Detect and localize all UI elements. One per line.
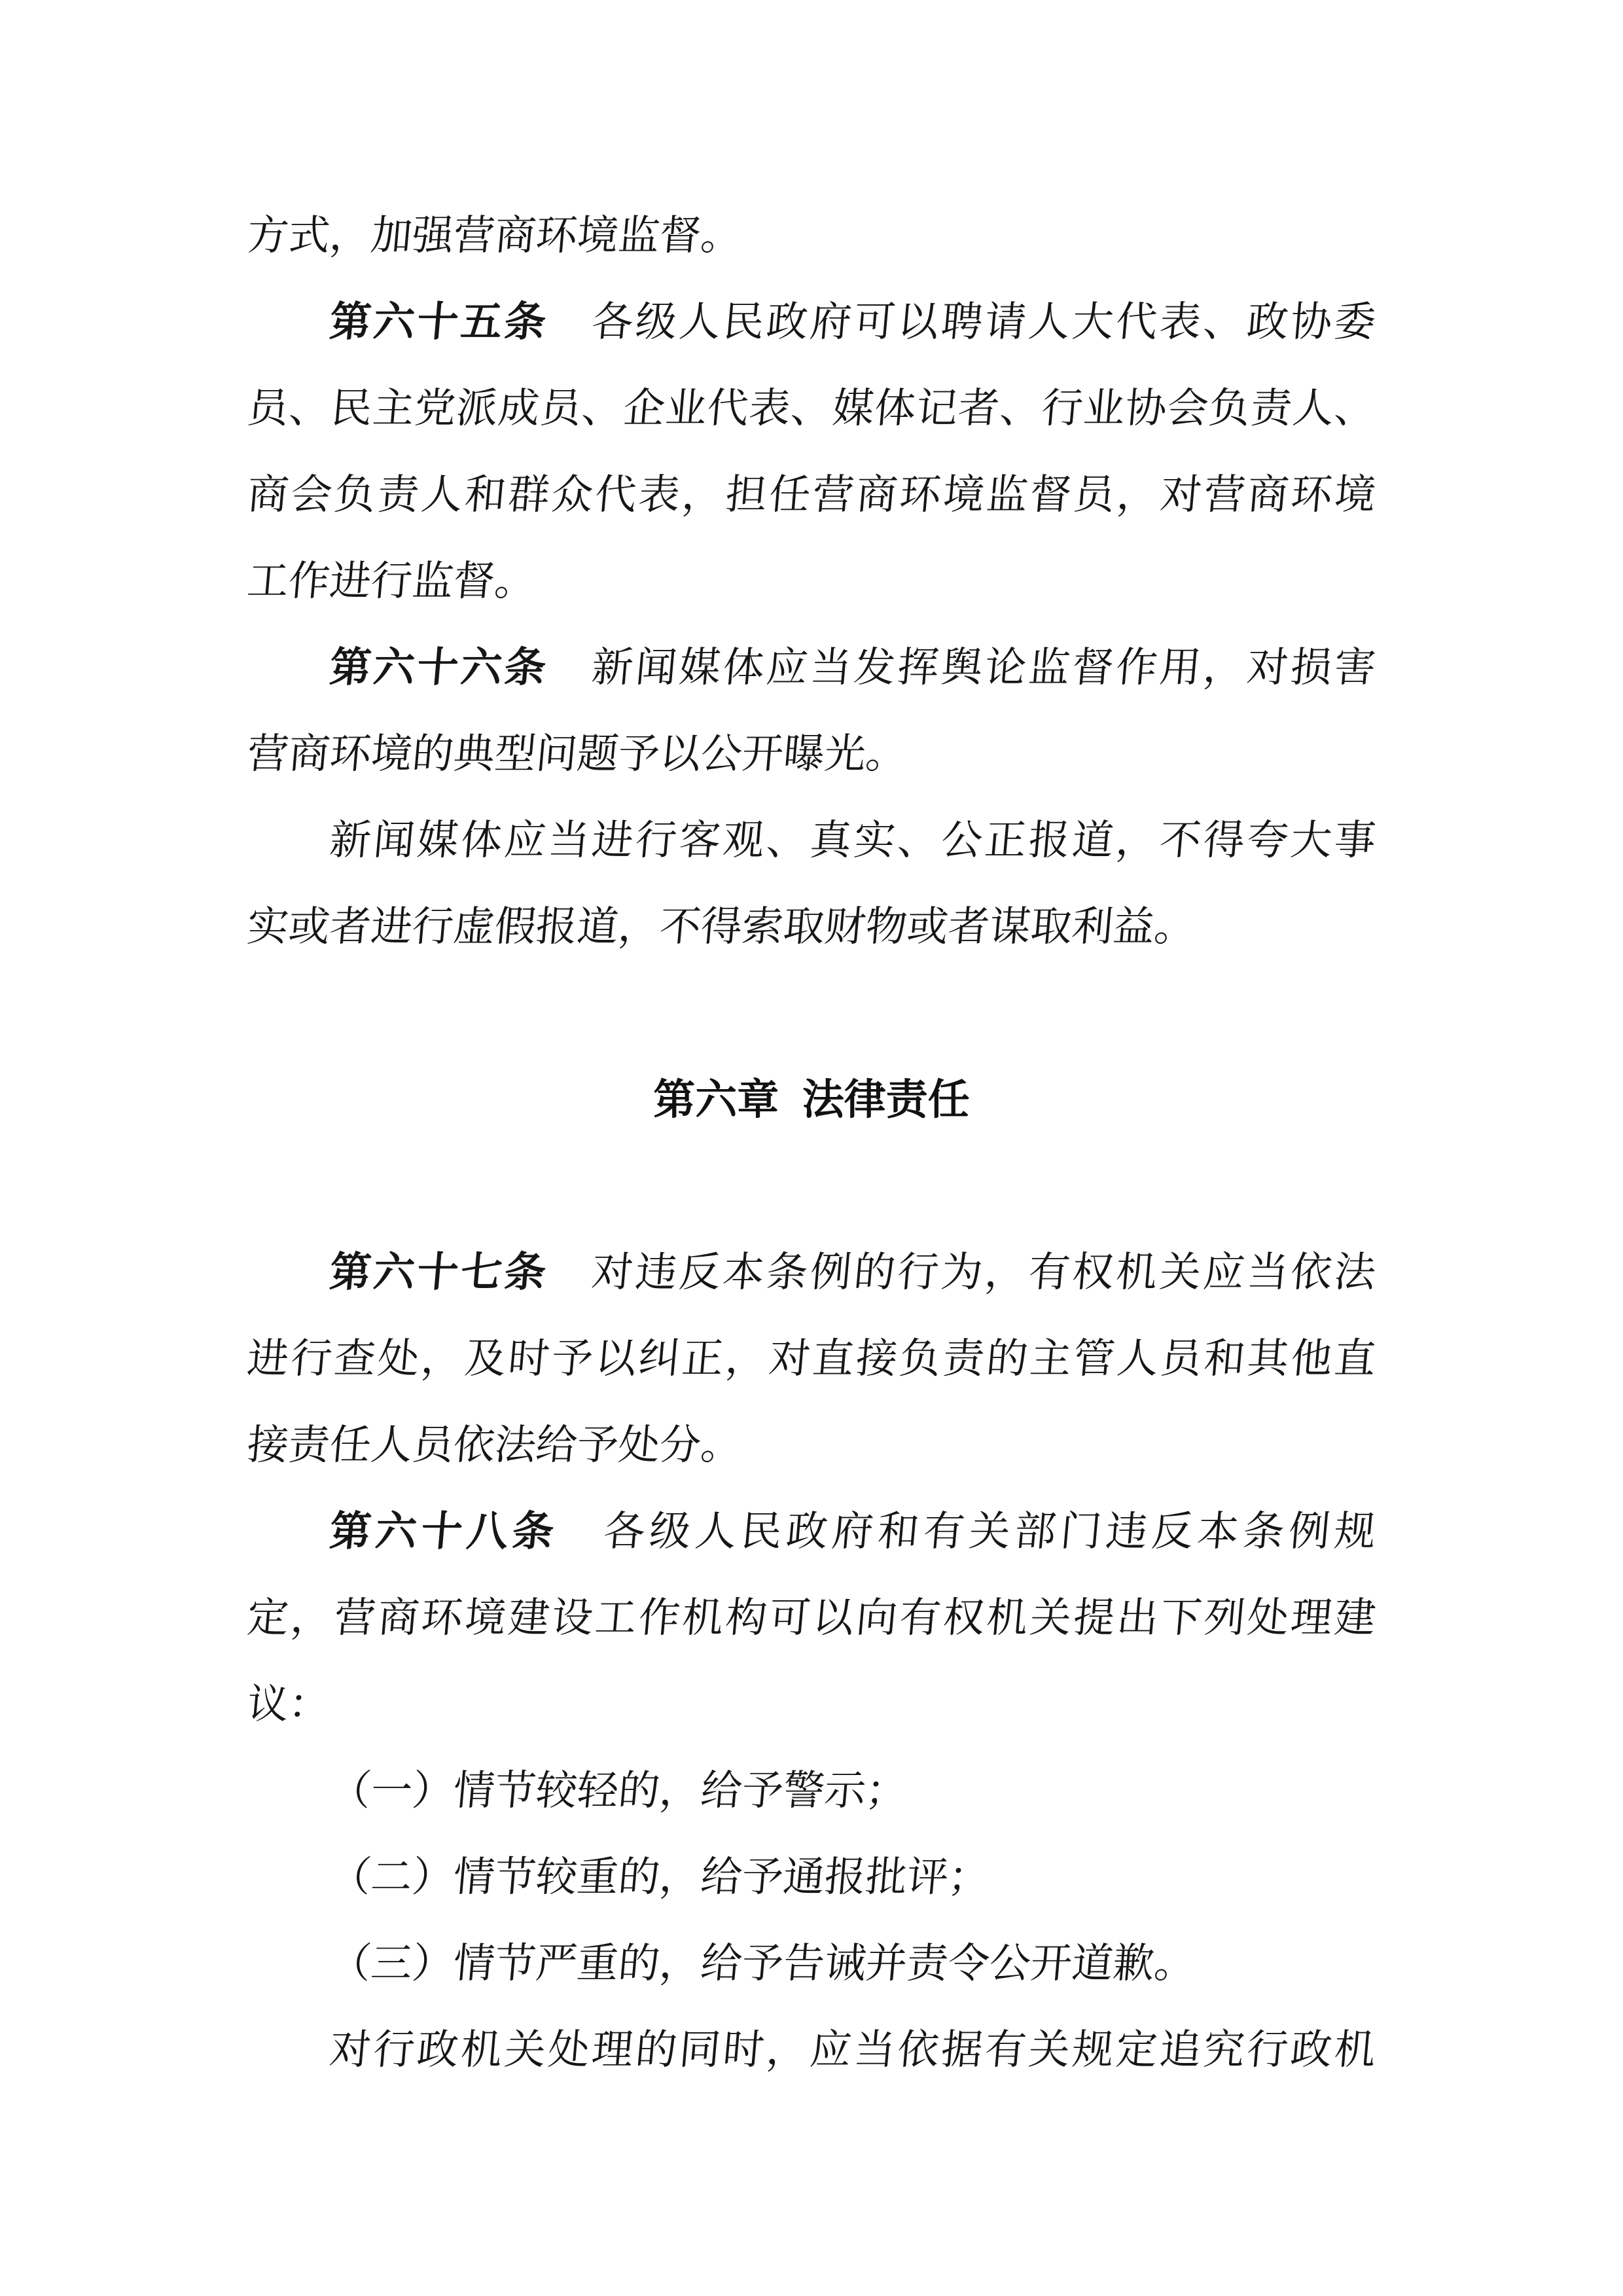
line-text: 营商环境的典型问题予以公开曝光。 bbox=[245, 731, 909, 777]
text-line: 第六十七条 对违反本条例的行为，有权机关应当依法 bbox=[243, 1229, 1380, 1316]
text-line: 第六十六条 新闻媒体应当发挥舆论监督作用，对损害 bbox=[243, 624, 1380, 711]
line-text: 商会负责人和群众代表，担任营商环境监督员，对营商环境 bbox=[245, 472, 1378, 518]
line-text: 对违反本条例的行为，有权机关应当依法 bbox=[546, 1249, 1378, 1295]
line-text: 工作进行监督。 bbox=[245, 558, 538, 604]
line-text: 进行查处，及时予以纠正，对直接负责的主管人员和其他直 bbox=[245, 1336, 1378, 1382]
text-line: 商会负责人和群众代表，担任营商环境监督员，对营商环境 bbox=[243, 452, 1380, 538]
text-line: 进行查处，及时予以纠正，对直接负责的主管人员和其他直 bbox=[243, 1316, 1380, 1402]
list-item: （三）情节严重的，给予告诫并责令公开道歉。 bbox=[243, 1920, 1380, 2007]
text-line: 定，营商环境建设工作机构可以向有权机关提出下列处理建 bbox=[243, 1575, 1380, 1661]
text-line: 对行政机关处理的同时，应当依据有关规定追究行政机 bbox=[243, 2007, 1380, 2093]
article-number: 第六十八条 bbox=[328, 1509, 560, 1554]
text-line: 方式，加强营商环境监督。 bbox=[243, 192, 1380, 279]
line-text: （二）情节较重的，给予通报批评； bbox=[328, 1854, 991, 1900]
article-number: 第六十六条 bbox=[328, 645, 550, 691]
line-text: 接责任人员依法给予处分。 bbox=[245, 1422, 744, 1468]
text-line: 员、民主党派成员、企业代表、媒体记者、行业协会负责人、 bbox=[243, 365, 1380, 452]
line-text: 实或者进行虚假报道，不得索取财物或者谋取利益。 bbox=[245, 904, 1198, 950]
blank-line bbox=[247, 970, 1376, 1056]
line-text: 对行政机关处理的同时，应当依据有关规定追究行政机 bbox=[328, 2027, 1378, 2073]
text-line: 第六十五条 各级人民政府可以聘请人大代表、政协委 bbox=[243, 279, 1380, 365]
article-number: 第六十七条 bbox=[328, 1249, 550, 1295]
text-line: 营商环境的典型问题予以公开曝光。 bbox=[243, 711, 1380, 797]
line-text: 新闻媒体应当进行客观、真实、公正报道，不得夸大事 bbox=[328, 817, 1378, 863]
text-line: 实或者进行虚假报道，不得索取财物或者谋取利益。 bbox=[243, 884, 1380, 970]
text-line: 第六十八条 各级人民政府和有关部门违反本条例规 bbox=[243, 1488, 1380, 1575]
line-text: 员、民主党派成员、企业代表、媒体记者、行业协会负责人、 bbox=[245, 386, 1378, 431]
text-line: 新闻媒体应当进行客观、真实、公正报道，不得夸大事 bbox=[243, 797, 1380, 884]
line-text: 定，营商环境建设工作机构可以向有权机关提出下列处理建 bbox=[245, 1595, 1378, 1641]
line-text: （三）情节严重的，给予告诫并责令公开道歉。 bbox=[328, 1941, 1198, 1986]
text-line: 议： bbox=[243, 1661, 1380, 1748]
text-line: 工作进行监督。 bbox=[243, 538, 1380, 624]
document-page: 方式，加强营商环境监督。 第六十五条 各级人民政府可以聘请人大代表、政协委 员、… bbox=[0, 0, 1623, 2296]
blank-line bbox=[247, 1143, 1376, 1229]
line-text: 各级人民政府可以聘请人大代表、政协委 bbox=[546, 299, 1378, 345]
article-number: 第六十五条 bbox=[328, 299, 550, 345]
text-line: 接责任人员依法给予处分。 bbox=[243, 1402, 1380, 1488]
line-text: 各级人民政府和有关部门违反本条例规 bbox=[556, 1509, 1378, 1554]
line-text: （一）情节较轻的，给予警示； bbox=[328, 1768, 909, 1814]
line-text: 方式，加强营商环境监督。 bbox=[245, 213, 744, 259]
line-text: 议： bbox=[245, 1681, 332, 1727]
list-item: （一）情节较轻的，给予警示； bbox=[243, 1748, 1380, 1834]
list-item: （二）情节较重的，给予通报批评； bbox=[243, 1834, 1380, 1920]
line-text: 新闻媒体应当发挥舆论监督作用，对损害 bbox=[546, 645, 1378, 691]
chapter-heading: 第六章 法律责任 bbox=[247, 1056, 1376, 1143]
